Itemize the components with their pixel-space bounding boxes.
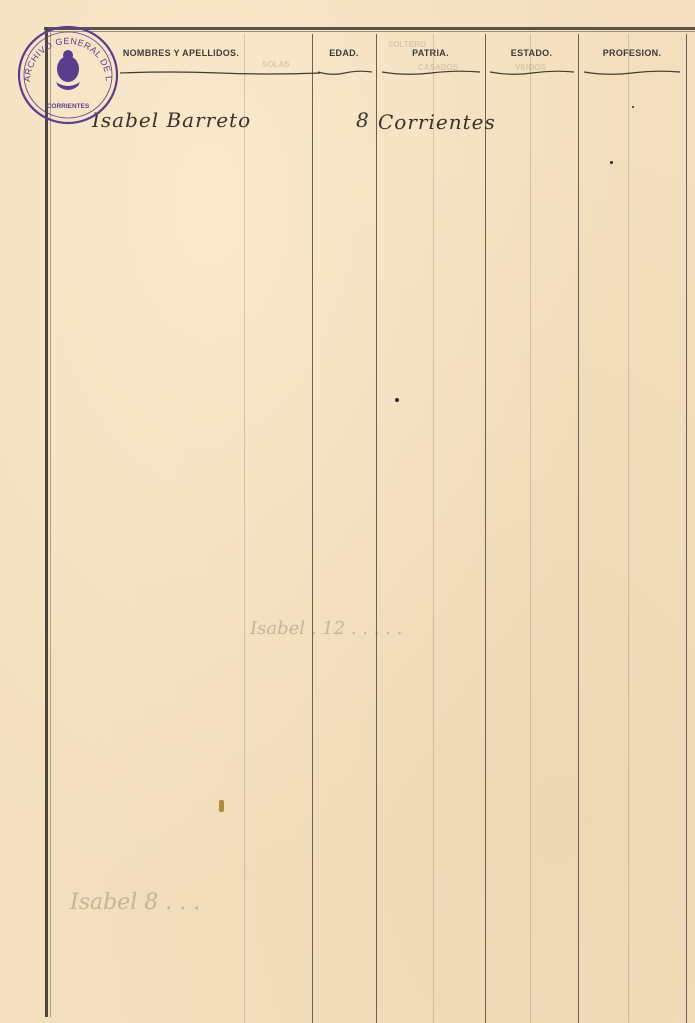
column-divider-faint	[530, 34, 531, 1023]
top-border-rule-thin	[44, 31, 695, 32]
left-border-rule-thin	[50, 30, 51, 1017]
column-divider-patria	[376, 34, 377, 1023]
top-border-rule	[44, 27, 695, 30]
header-profesion: PROFESION.	[579, 48, 685, 58]
column-divider-profesion	[578, 34, 579, 1023]
column-divider-edad	[312, 34, 313, 1023]
column-divider-faint	[244, 34, 245, 1023]
bleed-through-text: Isabel . 12 . . . . .	[250, 618, 402, 639]
header-underline	[490, 68, 574, 78]
header-underline	[120, 68, 320, 78]
header-nombres: NOMBRES Y APELLIDOS.	[120, 48, 242, 58]
column-divider-faint	[628, 34, 629, 1023]
left-border-rule	[45, 27, 48, 1017]
column-divider-faint	[433, 34, 434, 1023]
header-underline	[584, 68, 680, 78]
header-underline	[318, 68, 372, 78]
archive-stamp: ARCHIVO GENERAL DE LA PROVINCIA CORRIENT…	[16, 24, 120, 126]
entry-edad: 8	[356, 108, 370, 132]
entry-patria: Corrientes	[378, 110, 496, 134]
bleed-header: SOLTERO	[388, 40, 426, 49]
column-divider-right	[686, 34, 687, 1023]
column-divider-estado	[485, 34, 486, 1023]
header-estado: ESTADO.	[486, 48, 577, 58]
ink-speck	[395, 398, 399, 402]
header-patria: PATRIA.	[377, 48, 484, 58]
header-underline	[382, 68, 480, 78]
ink-speck	[632, 106, 634, 108]
stain	[219, 800, 224, 812]
header-edad: EDAD.	[313, 48, 375, 58]
bleed-through-text: Isabel 8 . . .	[70, 890, 200, 915]
svg-text:CORRIENTES: CORRIENTES	[47, 103, 90, 110]
ledger-page: NOMBRES Y APELLIDOS. EDAD. PATRIA. ESTAD…	[0, 0, 695, 1023]
ink-speck	[610, 161, 613, 164]
